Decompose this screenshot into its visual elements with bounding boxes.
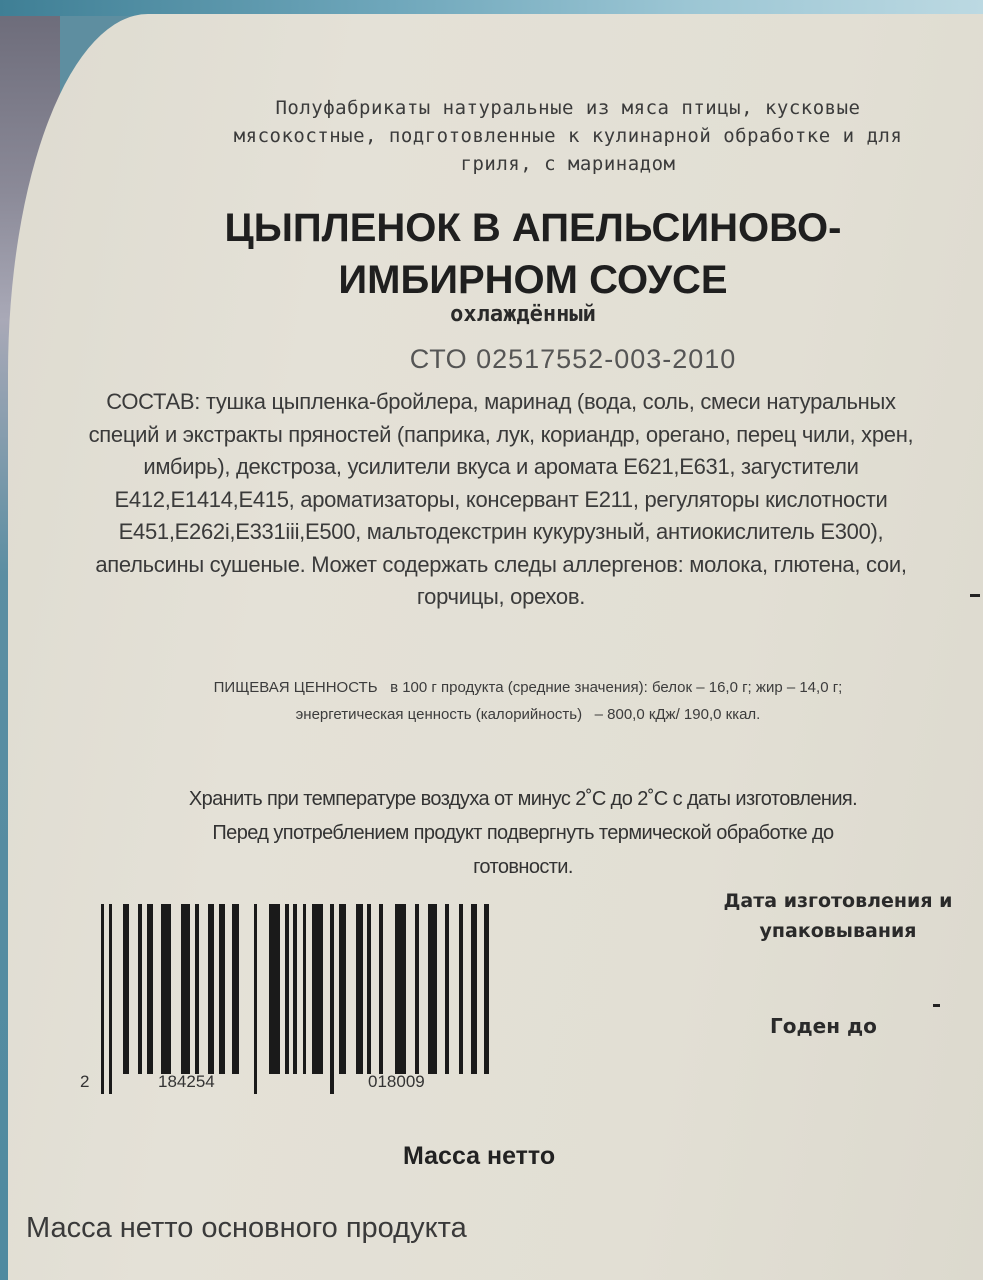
barcode-bar — [123, 904, 129, 1074]
composition: СОСТАВ: тушка цыпленка-бройлера, маринад… — [20, 386, 982, 614]
barcode-bar — [109, 904, 112, 1094]
barcode-bar — [367, 904, 371, 1074]
nutrition-facts: ПИЩЕВАЯ ЦЕННОСТЬ в 100 г продукта (средн… — [78, 674, 978, 728]
barcode-bar — [445, 904, 449, 1074]
barcode-bar — [161, 904, 171, 1074]
energy-value: – 800,0 кДж/ 190,0 ккал. — [595, 706, 761, 723]
production-date-label: Дата изготовления и упаковывания — [688, 886, 983, 946]
barcode-bar — [303, 904, 306, 1074]
barcode-bar — [428, 904, 437, 1074]
barcode — [101, 904, 491, 1054]
barcode-bar — [232, 904, 239, 1074]
print-mark — [933, 1004, 940, 1007]
barcode-bar — [459, 904, 463, 1074]
nutrition-basis: в 100 г продукта (средние значения): — [390, 679, 648, 696]
expiry-date-label: Годен до — [770, 1014, 877, 1038]
nutrition-fat: жир – 14,0 г; — [756, 679, 842, 696]
barcode-bar — [356, 904, 363, 1074]
barcode-bar — [312, 904, 323, 1074]
net-mass-main-label: Масса нетто основного продукта — [26, 1212, 467, 1245]
barcode-bar — [147, 904, 153, 1074]
net-mass-label: Масса нетто — [403, 1142, 555, 1171]
product-label: Полуфабрикаты натуральные из мяса птицы,… — [8, 14, 983, 1280]
barcode-bar — [471, 904, 477, 1074]
barcode-lead-digit: 2 — [80, 1072, 89, 1092]
print-mark — [970, 594, 980, 597]
barcode-bar — [138, 904, 142, 1074]
standard-code: СТО 02517552-003-2010 — [208, 344, 938, 375]
energy-label: энергетическая ценность (калорийность) — [296, 706, 582, 723]
barcode-left-digits: 184254 — [158, 1072, 215, 1092]
barcode-bar — [395, 904, 406, 1074]
product-category: Полуфабрикаты натуральные из мяса птицы,… — [158, 94, 978, 178]
barcode-bar — [415, 904, 419, 1074]
barcode-bar — [254, 904, 257, 1094]
barcode-bar — [484, 904, 489, 1074]
nutrition-protein: белок – 16,0 г; — [652, 679, 752, 696]
barcode-right-digits: 018009 — [368, 1072, 425, 1092]
barcode-bar — [293, 904, 297, 1074]
barcode-bar — [181, 904, 190, 1074]
barcode-bar — [330, 904, 334, 1094]
product-title: ЦЫПЛЕНОК В АПЕЛЬСИНОВО- ИМБИРНОМ СОУСЕ — [148, 202, 918, 306]
nutrition-heading: ПИЩЕВАЯ ЦЕННОСТЬ — [214, 679, 378, 696]
storage-instructions: Хранить при температуре воздуха от минус… — [58, 782, 983, 884]
product-state: охлаждённый — [208, 302, 838, 327]
barcode-bar — [379, 904, 383, 1074]
barcode-bar — [269, 904, 280, 1074]
barcode-bar — [285, 904, 289, 1074]
barcode-bar — [339, 904, 346, 1074]
barcode-bar — [195, 904, 199, 1074]
barcode-bar — [219, 904, 225, 1074]
barcode-bar — [101, 904, 104, 1094]
barcode-bar — [208, 904, 214, 1074]
